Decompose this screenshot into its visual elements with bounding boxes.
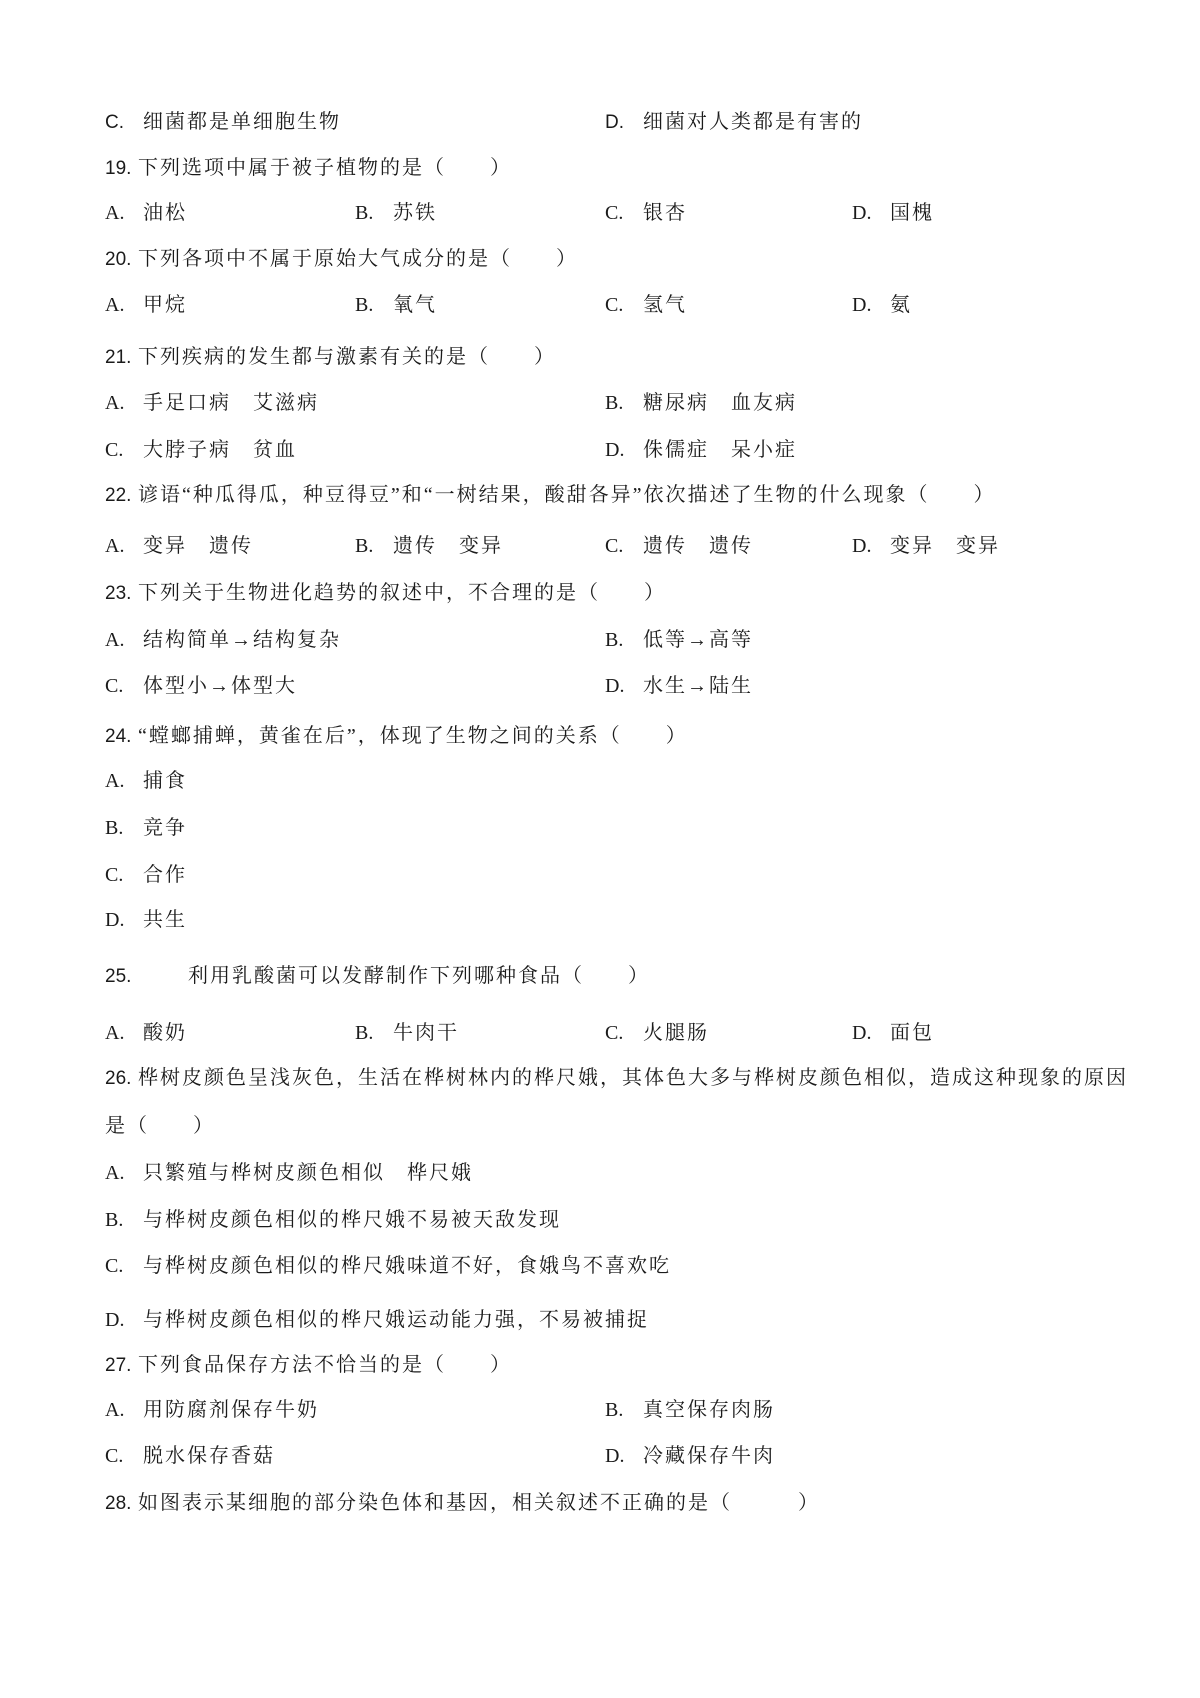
q20-option-b-label: B.: [355, 294, 393, 317]
q26-option-a-label: A.: [105, 1162, 143, 1185]
q20-option-d-label: D.: [852, 294, 890, 317]
q26-option-a: A.只繁殖与桦树皮颜色相似 桦尺娥: [105, 1156, 473, 1185]
q23-option-b-label: B.: [605, 629, 643, 652]
q24-option-b-text: 竞争: [143, 817, 187, 839]
q25-option-a-label: A.: [105, 1022, 143, 1045]
q25-option-b-text: 牛肉干: [393, 1022, 459, 1044]
q19-option-b: B.苏铁: [355, 196, 437, 225]
q22-stem-row: 22.谚语“种瓜得瓜，种豆得豆”和“一树结果，酸甜各异”依次描述了生物的什么现象…: [0, 478, 1200, 506]
q19-option-b-label: B.: [355, 202, 393, 225]
q22-option-c: C.遗传 遗传: [605, 529, 753, 558]
q26-option-d: D.与桦树皮颜色相似的桦尺娥运动能力强，不易被捕捉: [105, 1303, 649, 1332]
exam-document-page: C.细菌都是单细胞生物 D.细菌对人类都是有害的 19.下列选项中属于被子植物的…: [0, 0, 1200, 1698]
q22-option-c-label: C.: [605, 535, 643, 558]
q25-options-row: A.酸奶 B.牛肉干 C.火腿肠 D.面包: [0, 1016, 1200, 1044]
q21-stem-text: 下列疾病的发生都与激素有关的是（ ）: [138, 346, 556, 368]
q23-options-row-ab: A.结构简单→结构复杂 B.低等→高等: [0, 623, 1200, 651]
q22-option-b-text: 遗传 变异: [393, 535, 503, 557]
q27-option-d-text: 冷藏保存牛肉: [643, 1445, 775, 1467]
q21-option-a: A.手足口病 艾滋病: [105, 386, 319, 415]
q24-option-a: A.捕食: [105, 764, 187, 793]
q20-option-c-text: 氢气: [643, 294, 687, 316]
q24-option-d-row: D.共生: [0, 903, 1200, 931]
q22-option-a-label: A.: [105, 535, 143, 558]
q25-stem: 25.利用乳酸菌可以发酵制作下列哪种食品（ ）: [105, 959, 650, 988]
q23-option-c-label: C.: [105, 675, 143, 698]
q28-stem-row: 28.如图表示某细胞的部分染色体和基因，相关叙述不正确的是（ ）: [0, 1486, 1200, 1514]
q19-option-a-text: 油松: [143, 202, 187, 224]
q20-option-b-text: 氧气: [393, 294, 437, 316]
q22-option-b-label: B.: [355, 535, 393, 558]
q20-option-d-text: 氨: [890, 294, 912, 316]
q26-option-b: B.与桦树皮颜色相似的桦尺娥不易被天敌发现: [105, 1203, 561, 1232]
q19-stem-row: 19.下列选项中属于被子植物的是（ ）: [0, 151, 1200, 179]
q26-stem-row: 26.桦树皮颜色呈浅灰色，生活在桦树林内的桦尺娥，其体色大多与桦树皮颜色相似，造…: [0, 1061, 1200, 1089]
q19-option-b-text: 苏铁: [393, 202, 437, 224]
q18-option-d: D.细菌对人类都是有害的: [605, 105, 863, 134]
q25-option-c-text: 火腿肠: [643, 1022, 709, 1044]
q28-number: 28.: [105, 1493, 138, 1515]
q26-option-d-label: D.: [105, 1309, 143, 1332]
q20-option-b: B.氧气: [355, 288, 437, 317]
q21-option-c-label: C.: [105, 439, 143, 462]
q23-option-d-text: 水生→陆生: [643, 675, 753, 697]
q26-option-c-row: C.与桦树皮颜色相似的桦尺娥味道不好，食娥鸟不喜欢吃: [0, 1249, 1200, 1277]
q27-option-c-label: C.: [105, 1445, 143, 1468]
q23-options-row-cd: C.体型小→体型大 D.水生→陆生: [0, 669, 1200, 697]
q26-option-a-row: A.只繁殖与桦树皮颜色相似 桦尺娥: [0, 1156, 1200, 1184]
q18-option-c: C.细菌都是单细胞生物: [105, 105, 341, 134]
q19-number: 19.: [105, 158, 138, 180]
q26-option-d-text: 与桦树皮颜色相似的桦尺娥运动能力强，不易被捕捉: [143, 1309, 649, 1331]
q25-option-d: D.面包: [852, 1016, 934, 1045]
q26-option-d-row: D.与桦树皮颜色相似的桦尺娥运动能力强，不易被捕捉: [0, 1303, 1200, 1331]
q26-option-c: C.与桦树皮颜色相似的桦尺娥味道不好，食娥鸟不喜欢吃: [105, 1249, 671, 1278]
q24-option-b-label: B.: [105, 817, 143, 840]
q24-stem-text: “螳螂捕蝉，黄雀在后”，体现了生物之间的关系（ ）: [138, 725, 688, 747]
q27-option-a: A.用防腐剂保存牛奶: [105, 1393, 319, 1422]
q25-option-d-label: D.: [852, 1022, 890, 1045]
q21-option-c-text: 大脖子病 贫血: [143, 439, 297, 461]
q28-stem-text: 如图表示某细胞的部分染色体和基因，相关叙述不正确的是（ ）: [138, 1492, 820, 1514]
q19-option-d: D.国槐: [852, 196, 934, 225]
q25-option-b-label: B.: [355, 1022, 393, 1045]
q26-stem-line1: 26.桦树皮颜色呈浅灰色，生活在桦树林内的桦尺娥，其体色大多与桦树皮颜色相似，造…: [105, 1061, 1128, 1090]
q21-option-b-text: 糖尿病 血友病: [643, 392, 797, 414]
q26-option-c-label: C.: [105, 1255, 143, 1278]
q18-option-d-label: D.: [605, 112, 643, 134]
q19-stem-text: 下列选项中属于被子植物的是（ ）: [138, 157, 512, 179]
q26-option-b-text: 与桦树皮颜色相似的桦尺娥不易被天敌发现: [143, 1209, 561, 1231]
q21-number: 21.: [105, 347, 138, 369]
q19-options-row: A.油松 B.苏铁 C.银杏 D.国槐: [0, 196, 1200, 224]
q26-option-b-row: B.与桦树皮颜色相似的桦尺娥不易被天敌发现: [0, 1203, 1200, 1231]
q22-option-a-text: 变异 遗传: [143, 535, 253, 557]
q20-stem-row: 20.下列各项中不属于原始大气成分的是（ ）: [0, 242, 1200, 270]
q23-option-b-text: 低等→高等: [643, 629, 753, 651]
q26-option-a-text: 只繁殖与桦树皮颜色相似 桦尺娥: [143, 1162, 473, 1184]
q20-option-a-text: 甲烷: [143, 294, 187, 316]
q20-stem: 20.下列各项中不属于原始大气成分的是（ ）: [105, 242, 578, 271]
q21-stem: 21.下列疾病的发生都与激素有关的是（ ）: [105, 340, 556, 369]
q19-option-c-label: C.: [605, 202, 643, 225]
q21-option-d: D.侏儒症 呆小症: [605, 433, 797, 462]
q27-option-d: D.冷藏保存牛肉: [605, 1439, 775, 1468]
q25-stem-row: 25.利用乳酸菌可以发酵制作下列哪种食品（ ）: [0, 959, 1200, 987]
q22-stem: 22.谚语“种瓜得瓜，种豆得豆”和“一树结果，酸甜各异”依次描述了生物的什么现象…: [105, 478, 996, 507]
q26-number: 26.: [105, 1068, 138, 1090]
q19-option-a-label: A.: [105, 202, 143, 225]
q23-option-a: A.结构简单→结构复杂: [105, 623, 341, 652]
q23-stem-text: 下列关于生物进化趋势的叙述中，不合理的是（ ）: [138, 582, 666, 604]
q27-options-row-ab: A.用防腐剂保存牛奶 B.真空保存肉肠: [0, 1393, 1200, 1421]
q22-option-b: B.遗传 变异: [355, 529, 503, 558]
q27-option-b: B.真空保存肉肠: [605, 1393, 775, 1422]
q24-stem-row: 24.“螳螂捕蝉，黄雀在后”，体现了生物之间的关系（ ）: [0, 719, 1200, 747]
q24-number: 24.: [105, 726, 138, 748]
q20-option-a-label: A.: [105, 294, 143, 317]
q21-option-b: B.糖尿病 血友病: [605, 386, 797, 415]
q18-options-row: C.细菌都是单细胞生物 D.细菌对人类都是有害的: [0, 105, 1200, 133]
q23-option-a-label: A.: [105, 629, 143, 652]
q21-stem-row: 21.下列疾病的发生都与激素有关的是（ ）: [0, 340, 1200, 368]
q27-option-a-label: A.: [105, 1399, 143, 1422]
q18-option-d-text: 细菌对人类都是有害的: [643, 111, 863, 133]
q26-stem-line2-text: 是（ ）: [105, 1115, 215, 1137]
q26-stem-continuation-row: 是（ ）: [0, 1109, 1200, 1137]
q20-number: 20.: [105, 249, 138, 271]
q26-stem-line1-text: 桦树皮颜色呈浅灰色，生活在桦树林内的桦尺娥，其体色大多与桦树皮颜色相似，造成这种…: [138, 1067, 1128, 1089]
q24-option-c-row: C.合作: [0, 858, 1200, 886]
q21-option-a-label: A.: [105, 392, 143, 415]
q20-option-c: C.氢气: [605, 288, 687, 317]
q27-stem: 27.下列食品保存方法不恰当的是（ ）: [105, 1348, 512, 1377]
q25-number: 25.: [105, 966, 188, 988]
q20-option-d: D.氨: [852, 288, 912, 317]
q27-option-d-label: D.: [605, 1445, 643, 1468]
q24-option-d-label: D.: [105, 909, 143, 932]
q24-option-b: B.竞争: [105, 811, 187, 840]
q21-option-d-text: 侏儒症 呆小症: [643, 439, 797, 461]
q20-options-row: A.甲烷 B.氧气 C.氢气 D.氨: [0, 288, 1200, 316]
q20-stem-text: 下列各项中不属于原始大气成分的是（ ）: [138, 248, 578, 270]
q26-stem-line2: 是（ ）: [105, 1109, 215, 1138]
q26-option-c-text: 与桦树皮颜色相似的桦尺娥味道不好，食娥鸟不喜欢吃: [143, 1255, 671, 1277]
q21-option-c: C.大脖子病 贫血: [105, 433, 297, 462]
q22-options-row: A.变异 遗传 B.遗传 变异 C.遗传 遗传 D.变异 变异: [0, 529, 1200, 557]
q25-option-b: B.牛肉干: [355, 1016, 459, 1045]
q21-options-row-ab: A.手足口病 艾滋病 B.糖尿病 血友病: [0, 386, 1200, 414]
q25-option-c-label: C.: [605, 1022, 643, 1045]
q24-option-c-text: 合作: [143, 864, 187, 886]
q27-option-c: C.脱水保存香菇: [105, 1439, 275, 1468]
q22-option-d-text: 变异 变异: [890, 535, 1000, 557]
q24-option-c-label: C.: [105, 864, 143, 887]
q22-option-d: D.变异 变异: [852, 529, 1000, 558]
q23-stem: 23.下列关于生物进化趋势的叙述中，不合理的是（ ）: [105, 576, 666, 605]
q24-option-d-text: 共生: [143, 909, 187, 931]
q27-option-b-text: 真空保存肉肠: [643, 1399, 775, 1421]
q21-options-row-cd: C.大脖子病 贫血 D.侏儒症 呆小症: [0, 433, 1200, 461]
q19-option-a: A.油松: [105, 196, 187, 225]
q18-option-c-label: C.: [105, 112, 143, 134]
q23-option-d-label: D.: [605, 675, 643, 698]
q19-option-c-text: 银杏: [643, 202, 687, 224]
q23-option-b: B.低等→高等: [605, 623, 753, 652]
q25-stem-text: 利用乳酸菌可以发酵制作下列哪种食品（ ）: [188, 965, 650, 987]
q22-stem-text: 谚语“种瓜得瓜，种豆得豆”和“一树结果，酸甜各异”依次描述了生物的什么现象（ ）: [138, 484, 996, 506]
q22-number: 22.: [105, 485, 138, 507]
q27-stem-row: 27.下列食品保存方法不恰当的是（ ）: [0, 1348, 1200, 1376]
q25-option-d-text: 面包: [890, 1022, 934, 1044]
q24-stem: 24.“螳螂捕蝉，黄雀在后”，体现了生物之间的关系（ ）: [105, 719, 688, 748]
q23-option-d: D.水生→陆生: [605, 669, 753, 698]
q28-stem: 28.如图表示某细胞的部分染色体和基因，相关叙述不正确的是（ ）: [105, 1486, 820, 1515]
q25-option-a-text: 酸奶: [143, 1022, 187, 1044]
q19-option-d-label: D.: [852, 202, 890, 225]
q19-stem: 19.下列选项中属于被子植物的是（ ）: [105, 151, 512, 180]
q23-option-c: C.体型小→体型大: [105, 669, 297, 698]
q24-option-b-row: B.竞争: [0, 811, 1200, 839]
q27-option-b-label: B.: [605, 1399, 643, 1422]
q23-option-c-text: 体型小→体型大: [143, 675, 297, 697]
q22-option-c-text: 遗传 遗传: [643, 535, 753, 557]
q24-option-a-row: A.捕食: [0, 764, 1200, 792]
q27-options-row-cd: C.脱水保存香菇 D.冷藏保存牛肉: [0, 1439, 1200, 1467]
q24-option-d: D.共生: [105, 903, 187, 932]
q22-option-a: A.变异 遗传: [105, 529, 253, 558]
q21-option-b-label: B.: [605, 392, 643, 415]
q18-option-c-text: 细菌都是单细胞生物: [143, 111, 341, 133]
q27-number: 27.: [105, 1355, 138, 1377]
q21-option-d-label: D.: [605, 439, 643, 462]
q27-option-c-text: 脱水保存香菇: [143, 1445, 275, 1467]
q23-number: 23.: [105, 583, 138, 605]
q24-option-a-text: 捕食: [143, 770, 187, 792]
q19-option-c: C.银杏: [605, 196, 687, 225]
q20-option-a: A.甲烷: [105, 288, 187, 317]
q26-option-b-label: B.: [105, 1209, 143, 1232]
q19-option-d-text: 国槐: [890, 202, 934, 224]
q21-option-a-text: 手足口病 艾滋病: [143, 392, 319, 414]
q25-option-c: C.火腿肠: [605, 1016, 709, 1045]
q24-option-a-label: A.: [105, 770, 143, 793]
q22-option-d-label: D.: [852, 535, 890, 558]
q20-option-c-label: C.: [605, 294, 643, 317]
q23-option-a-text: 结构简单→结构复杂: [143, 629, 341, 651]
q27-stem-text: 下列食品保存方法不恰当的是（ ）: [138, 1354, 512, 1376]
q25-option-a: A.酸奶: [105, 1016, 187, 1045]
q24-option-c: C.合作: [105, 858, 187, 887]
q23-stem-row: 23.下列关于生物进化趋势的叙述中，不合理的是（ ）: [0, 576, 1200, 604]
q27-option-a-text: 用防腐剂保存牛奶: [143, 1399, 319, 1421]
